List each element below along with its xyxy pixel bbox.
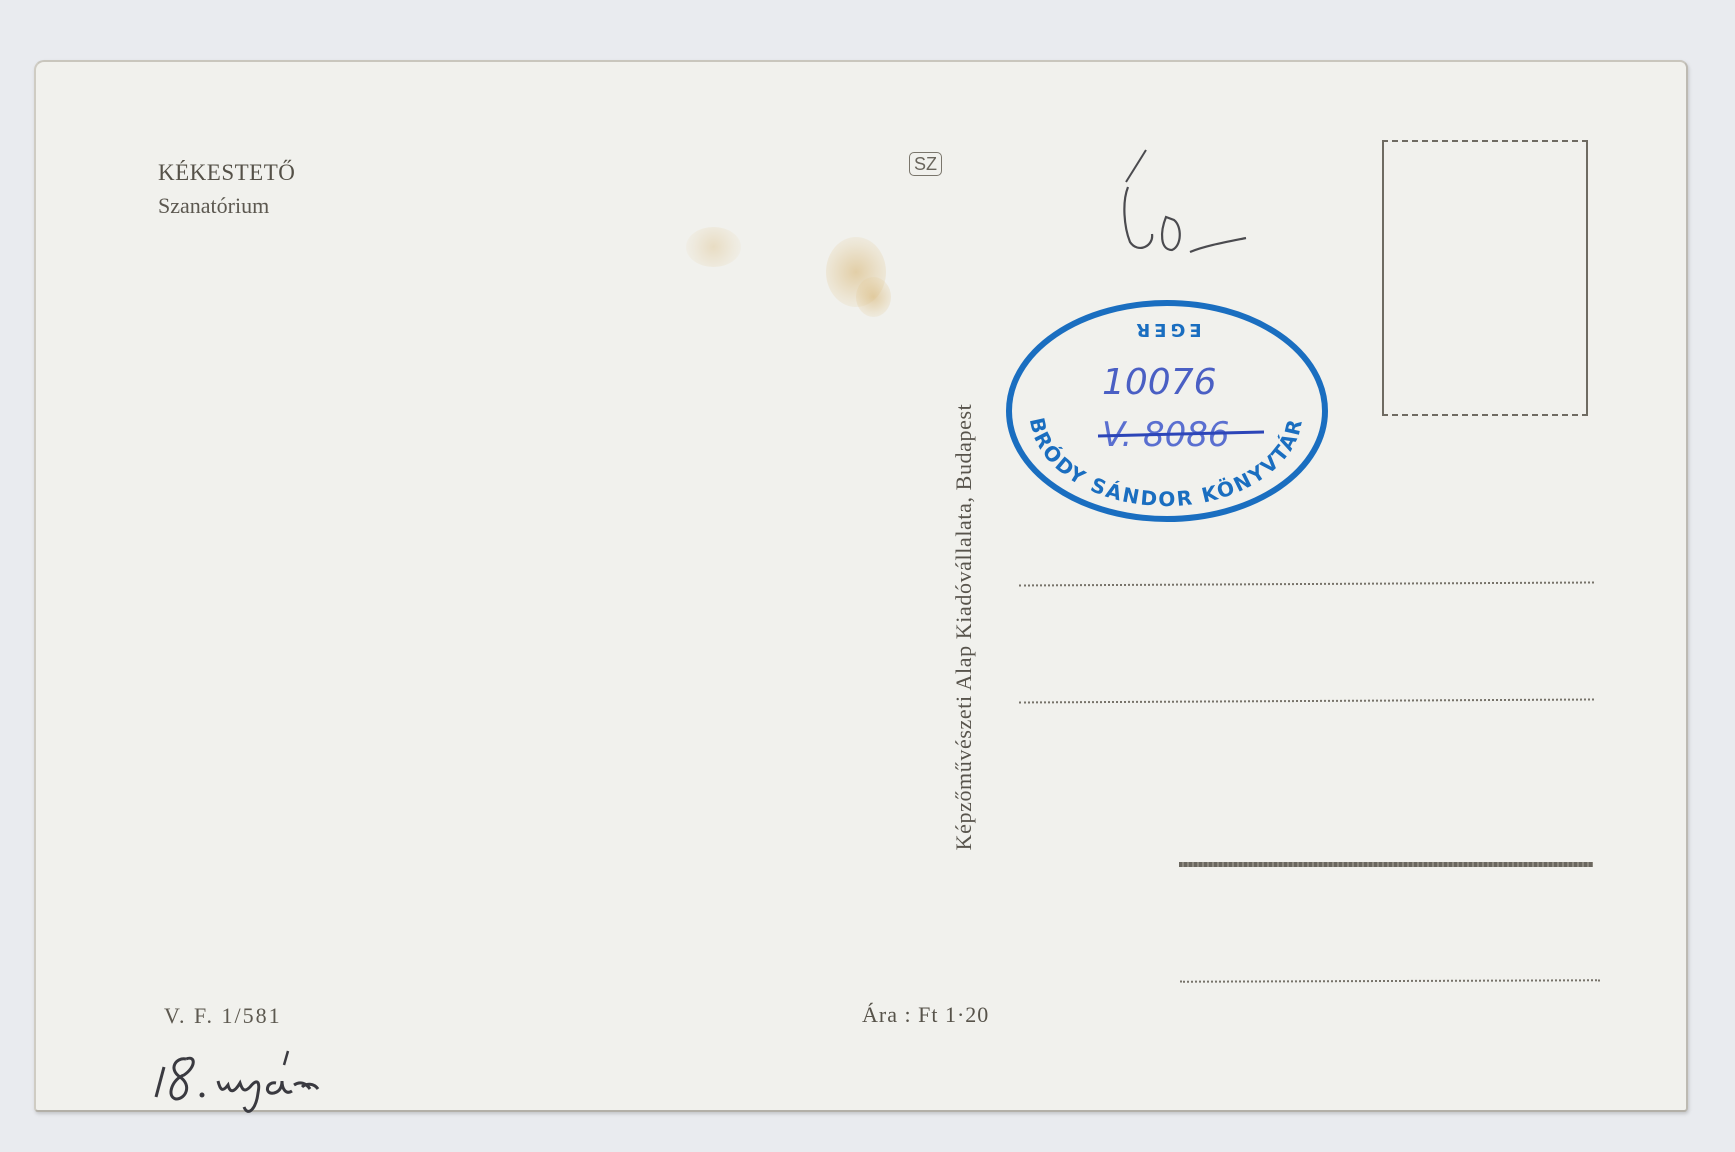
stain-mark [856, 277, 891, 317]
price-label: Ára : Ft 1·20 [862, 1002, 989, 1028]
publisher-mark-badge: SZ [909, 152, 942, 176]
handwritten-price-note [1086, 142, 1266, 262]
publisher-imprint: Képzőművészeti Alap Kiadóvállalata, Buda… [951, 404, 977, 851]
postage-stamp-box [1382, 140, 1588, 416]
svg-text:EGER: EGER [1132, 319, 1201, 340]
address-line [1019, 698, 1594, 703]
catalog-code: V. F. 1/581 [164, 1003, 282, 1029]
postcard-back: KÉKESTETŐ Szanatórium SZ Képzőművészeti … [34, 60, 1688, 1112]
svg-text:10076: 10076 [1102, 362, 1217, 403]
address-line [1019, 581, 1594, 586]
postcard-title: KÉKESTETŐ [158, 160, 295, 186]
postcard-subtitle: Szanatórium [158, 193, 269, 219]
address-line-city [1179, 862, 1593, 867]
library-stamp: BRÓDY SÁNDOR KÖNYVTÁR EGER 10076 V. 8086 [1002, 296, 1332, 526]
handwritten-bottom-note [136, 1037, 396, 1117]
address-line [1180, 979, 1600, 982]
stain-mark [686, 227, 741, 267]
